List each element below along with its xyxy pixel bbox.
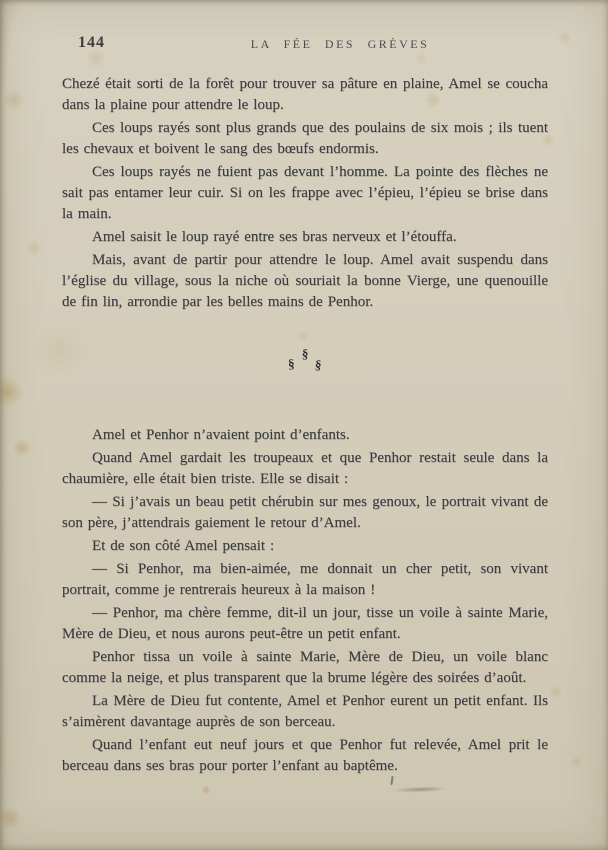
- fleuron-icon: §: [301, 346, 308, 359]
- paragraph: — Penhor, ma chère femme, dit-il un jour…: [62, 603, 548, 645]
- paragraph: — Si j’avais un beau petit chérubin sur …: [62, 492, 548, 534]
- paragraph: Ces loups rayés ne fuient pas devant l’h…: [62, 162, 548, 225]
- paragraph: Amel et Penhor n’avaient point d’enfants…: [62, 425, 548, 446]
- book-page: 144 LA FÉE DES GRÈVES Chezé était sorti …: [0, 0, 608, 850]
- fleuron-icon: §: [288, 356, 295, 369]
- fleuron-icon: §: [315, 357, 323, 371]
- paragraph: Amel saisit le loup rayé entre ses bras …: [62, 227, 548, 248]
- text-block: Chezé était sorti de la forêt pour trouv…: [62, 74, 548, 779]
- section-divider-fleuron: § § §: [62, 343, 548, 373]
- running-title: LA FÉE DES GRÈVES: [251, 37, 430, 52]
- paragraph: Quand l’enfant eut neuf jours et que Pen…: [62, 735, 548, 777]
- paragraph: Ces loups rayés sont plus grands que des…: [62, 118, 548, 160]
- paragraph: Mais, avant de partir pour attendre le l…: [62, 250, 548, 313]
- paragraph: Penhor tissa un voile à sainte Marie, Mè…: [62, 647, 548, 689]
- paragraph: La Mère de Dieu fut contente, Amel et Pe…: [62, 691, 548, 733]
- ink-tick: [390, 776, 393, 785]
- paragraph: Et de son côté Amel pensait :: [62, 536, 548, 557]
- paragraph: — Si Penhor, ma bien-aimée, me donnait u…: [62, 559, 548, 601]
- page-header: 144 LA FÉE DES GRÈVES: [0, 34, 608, 58]
- section-bottom: Amel et Penhor n’avaient point d’enfants…: [62, 425, 548, 777]
- paragraph: Chezé était sorti de la forêt pour trouv…: [62, 74, 548, 116]
- paragraph: Quand Amel gardait les troupeaux et que …: [62, 448, 548, 490]
- page-number: 144: [78, 34, 105, 52]
- section-top: Chezé était sorti de la forêt pour trouv…: [62, 74, 548, 313]
- pencil-smudge: [386, 785, 454, 794]
